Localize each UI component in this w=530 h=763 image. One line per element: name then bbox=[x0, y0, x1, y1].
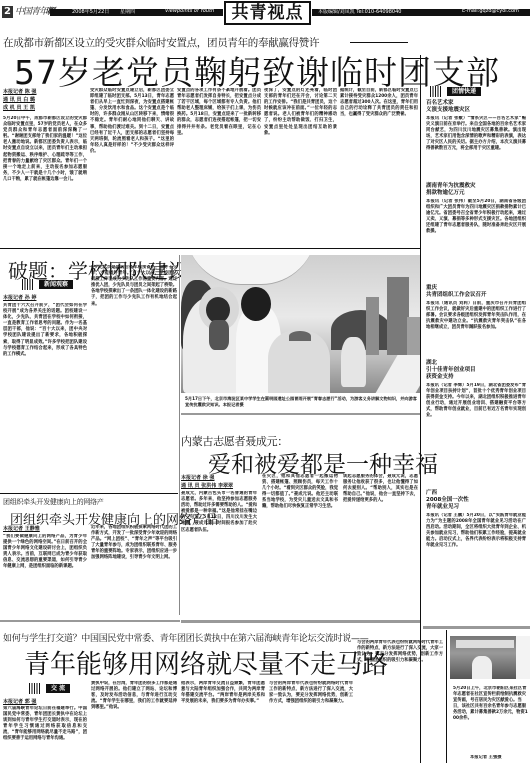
network-column-2: 近年来，各地团组织积极探索网络时代团的工作新方式，开发了一批深受青少年欢迎的网络… bbox=[91, 525, 177, 616]
editor-info: 本版编辑/刘凤凯 Tel:010-64098040 bbox=[318, 8, 401, 15]
network-kicker: 团组织牵头开发健康向上的网络产 bbox=[3, 497, 104, 507]
lead-bottom-rule bbox=[0, 248, 420, 249]
photo-figure bbox=[516, 636, 530, 679]
network-byline: 本报记者 王静雅 bbox=[3, 525, 40, 533]
photo-person bbox=[472, 656, 492, 679]
school-tag-label: 新闻观察 bbox=[39, 280, 73, 289]
lead-byline: 本报记者 陈 强 通 讯 员 白 璐 成 机 员 王 凯 bbox=[3, 88, 36, 112]
lead-column-3: 安置点的各项工作有条不紊地开展着。团员青年志愿者们发挥自身特长，把安置点分成了若… bbox=[177, 88, 261, 246]
masthead: 2 中国青年报 ///// 2008年5月22日 星期四 Viewpoints … bbox=[0, 0, 530, 30]
school-tag: 新闻观察 bbox=[22, 279, 82, 290]
issue-weekday: 星期四 bbox=[120, 8, 135, 15]
sidebar-item-title: 湖南青年为抗震救灾 捐款物逾亿万元 bbox=[426, 183, 526, 197]
photo-cap bbox=[289, 331, 311, 341]
youth-network-column-5: 与会的两岸青年代表也纷纷就网络时代青年工作的新特点、新方法进行了深入交流，大家一… bbox=[357, 640, 443, 763]
lead-headline: 57岁老党员鞠躬致谢临时团支部 bbox=[14, 47, 500, 94]
lead-column-4: 夜深了，安置点的灯还亮着，临时团支部的青年们还在开会，讨论第二天的工作安排。“我… bbox=[264, 88, 337, 246]
masthead-slashes: ///// bbox=[46, 6, 54, 15]
sidebar-item-body: 本报讯（记者 王鹏）5月20日，以“实践青年就业能力为”为主题的2008年全国青… bbox=[426, 513, 526, 623]
lead-column-1: 5月20日中午，成都市新都区设立的受灾群众临时安置点里，57岁的党员老人，在众多… bbox=[3, 116, 87, 246]
school-byline: 本报记者 孙 婷 bbox=[3, 294, 36, 302]
section-english-name: Viewpoints of Youth bbox=[165, 8, 214, 14]
lead-column-2: 受灾群众临时安置点建立后，新都区团委立即组建了临时团支部。5月13日，青年志愿者… bbox=[90, 88, 174, 246]
section-title: 共青视点 bbox=[224, 1, 311, 25]
editor-email: E-mail:gqzd@cyol.com bbox=[462, 8, 519, 14]
photo-umbrella bbox=[186, 255, 316, 285]
sidebar-tag-label: 团情快递 bbox=[447, 87, 481, 96]
issue-date: 2008年5月22日 bbox=[72, 8, 109, 15]
sidebar-item-body: 本报讯（记者 张伟）截至5月20日，湖南省各级团组织和广大团员青年为四川地震灾区… bbox=[426, 199, 526, 279]
network-top-rule bbox=[0, 493, 178, 494]
photo-bottom-rule bbox=[181, 413, 420, 415]
stripes-icon bbox=[430, 86, 442, 97]
photo-person bbox=[341, 337, 366, 387]
volunteer-column-3: 谈起志愿服务的体会，聂成元说，志愿服务让他收获了很多，也让他懂得了如何去爱别人。… bbox=[343, 474, 418, 615]
youth-network-headline: 青年能够用网络就尽量不走马路 bbox=[24, 644, 388, 681]
sidebar-item-title: 广西 2008全国一次性 青年就业见习 bbox=[426, 490, 526, 511]
youth-network-column-1: 第六届海峡青年论坛日前在福建举行。中国国民党中常委、青年团团长黄执中在论坛上谈到… bbox=[3, 706, 87, 763]
lead-column-5: 据统计，截至目前，新都区临时安置点已累计接待受灾群众1200余人，团员青年志愿者… bbox=[340, 88, 418, 246]
youth-network-kicker: 如何与学生打交道？中国国民党中常委、青年团团长黄执中在第六届海峡青年论坛交流时说… bbox=[3, 631, 368, 644]
sidebar-item-body: 本报讯（记者 李辉）5月19日，湖北省团委发布“青年创业项目扶持计划”，首批十个… bbox=[426, 383, 526, 483]
sidebar-item-body: 本报讯（通讯员 刘莉）日前，重庆市召开共青团组织工作会议，就做好灾后重建中的团组… bbox=[426, 301, 526, 355]
youth-network-tag: 交 流 bbox=[29, 683, 89, 694]
section-rule-right bbox=[181, 620, 420, 623]
page-number: 2 bbox=[2, 6, 13, 18]
school-column-1: 共青团十六大召开前夕，“团代会如何在学校开展”成为各界关注的话题。团校建设一体化… bbox=[3, 303, 87, 489]
photo-step bbox=[374, 355, 420, 393]
photo-ruin-pillar bbox=[387, 277, 409, 355]
column-divider bbox=[179, 255, 180, 615]
school-column-2: “少先队员是团的后备军和预备队，做好了少年，才能做好青年。”百十大以来，学校团队… bbox=[91, 265, 177, 489]
photo-ruin-pillar bbox=[366, 297, 379, 355]
news-photo bbox=[181, 255, 420, 393]
sidebar-item-title: 重庆 共青团组织工作会议召开 bbox=[426, 285, 526, 299]
section-rule-left bbox=[0, 620, 180, 622]
youth-network-tag-label: 交 流 bbox=[46, 684, 70, 693]
sidebar-bottom-rule bbox=[423, 626, 530, 629]
youth-network-byline: 本报记者 郭 强 bbox=[3, 698, 36, 706]
kicker-rule bbox=[350, 42, 408, 43]
sidebar-item-title: 湖北 引十佳青年创业项目 获资金支持 bbox=[426, 360, 526, 381]
photo-caption: 5月17日下午，北京市海淀区某中学学生在圆明园遗址公园冒雨开展“青春志愿行”活动… bbox=[185, 396, 417, 409]
stripes-icon bbox=[22, 279, 34, 290]
photo-hair bbox=[241, 287, 271, 321]
sidebar-item-body: 本报讯（记者 张敏）“情系灾区——百名艺术家”赈灾义演日前在京举行。来自全国各地… bbox=[426, 116, 526, 178]
volunteer-byline: 本报记者 徐 强 通 讯 员 张洪伟 李翠翠 bbox=[181, 474, 233, 490]
photo2-caption: 5月20日上午，北京市朝阳区某社区青年志愿者在社区宣传栏前绘制抗震救灾宣传画，号… bbox=[453, 686, 528, 754]
news-photo-small bbox=[450, 636, 530, 679]
photo-scarf bbox=[209, 320, 229, 350]
photo-banner bbox=[456, 640, 514, 648]
stripes-icon bbox=[29, 683, 41, 694]
youth-network-column-2: 黄执中说，在台湾，青年团的很多工作都是通过网络开展的。他们建立了网站、论坛和博客… bbox=[91, 681, 177, 763]
youth-network-column-4: 与会的两岸青年代表也纷纷就网络时代青年工作的新特点、新方法进行了深入交流，大家一… bbox=[269, 681, 353, 763]
photo2-divider bbox=[446, 630, 447, 763]
sidebar-item-title: 百名艺术家 义演支援地震灾区 bbox=[426, 100, 526, 114]
network-column-1: “我们要做健康向上的网络产品，为青少年提供一个绿色的网络空间。”在日前召开的全国… bbox=[3, 534, 87, 616]
sidebar-tag: 团情快递 bbox=[430, 86, 525, 97]
photo2-credit: 本报记者 王强摄 bbox=[470, 755, 528, 763]
volunteer-column-2: 在灾区，他和其他志愿者一起搬运物资、搭建帐篷、照顾伤员，每天工作十几个小时。“看… bbox=[262, 474, 338, 615]
youth-network-column-3: 他表示，两岸青年交流日益频繁，青年团愿意与大陆青年组织加强合作，共同为两岸青年搭… bbox=[181, 681, 265, 763]
